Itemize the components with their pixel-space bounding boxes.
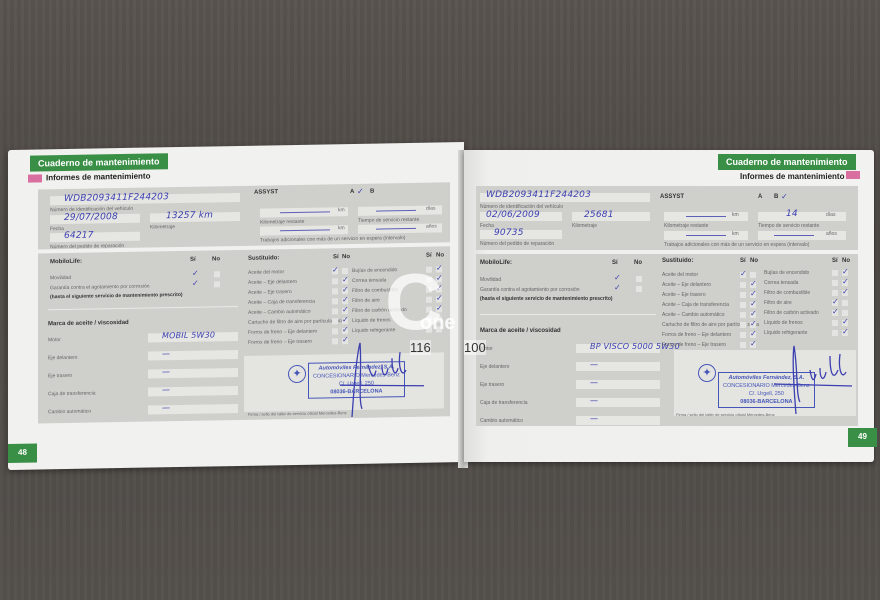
mobility-label: Movilidad (50, 275, 71, 281)
replaced-no-check: ✓ (750, 310, 757, 318)
replaced-si-box (832, 290, 838, 296)
service-time-label: Tiempo de servicio restante (758, 223, 819, 229)
date-label: Fecha (480, 223, 494, 229)
replaced-si-check: ✓ (832, 298, 839, 306)
replaced-title: Sustituido: (662, 258, 693, 264)
section-tab: Cuaderno de mantenimiento (718, 154, 856, 170)
replaced-title: Sustituido: (248, 255, 279, 262)
page-number: 49 (848, 428, 877, 447)
replaced-no-header-2: No (842, 258, 850, 264)
oil-row-field (576, 416, 660, 425)
order-label: Número del pedido de reparación (50, 243, 124, 250)
replaced-row-label: Aceite – Eje delantero (248, 279, 297, 286)
replaced-si-box (740, 332, 746, 338)
replaced-row-label: Aceite – Cambio automático (662, 312, 725, 318)
date-value: 02/06/2009 (486, 210, 540, 220)
replaced-row-label: Aceite – Eje trasero (248, 289, 292, 296)
oil-row-value: — (590, 360, 598, 369)
replaced-si-header-2: Sí (832, 258, 838, 264)
days-unit: días (426, 206, 435, 212)
oil-row-label: Cambio automático (48, 409, 91, 416)
replaced-row-label: Bujías de encendido (764, 270, 809, 276)
km-value: 13257 km (166, 210, 213, 221)
km2-unit: km (338, 225, 345, 231)
years-unit: años (826, 231, 837, 237)
assyst-title: ASSYST (254, 189, 278, 195)
replaced-row-label: Filtro de aire (352, 298, 380, 304)
assyst-a-check: ✓ (357, 188, 364, 196)
replaced-row-label: Correa tensada (764, 280, 798, 286)
replaced-si-box (740, 282, 746, 288)
signature (774, 340, 854, 420)
replaced-no-check: ✓ (750, 330, 757, 338)
replaced-no-check: ✓ (842, 278, 849, 286)
km-value: 25681 (584, 210, 614, 220)
years-dash (774, 235, 814, 236)
service-time-label: Tiempo de servicio restante (358, 217, 419, 224)
oil-row-field (576, 380, 660, 389)
watermark-left-number: 116 (410, 340, 431, 355)
replaced-si-box (332, 298, 338, 304)
replaced-no-check: ✓ (842, 268, 849, 276)
watermark-right-number: 100 (464, 340, 486, 355)
watermark-text: one (420, 312, 456, 335)
replaced-no-check: ✓ (342, 326, 349, 334)
replaced-no-header: No (750, 258, 758, 264)
replaced-no-check: ✓ (842, 328, 849, 336)
assyst-b-label: B (370, 189, 374, 195)
replaced-si-check: ✓ (332, 266, 339, 274)
oil-row-value: MOBIL 5W30 (162, 330, 215, 340)
replaced-row-label: Forros de freno – Eje trasero (248, 339, 312, 346)
replaced-si-header: Sí (740, 258, 746, 264)
replaced-no-check: ✓ (342, 316, 349, 324)
replaced-no-check: ✓ (342, 276, 349, 284)
replaced-si-box (332, 308, 338, 314)
replaced-no-check: ✓ (750, 340, 757, 348)
replaced-row-label: Aceite – Eje trasero (662, 292, 706, 298)
replaced-row-label: Aceite – Caja de transferencia (662, 302, 729, 308)
mobilolife-no-header: No (212, 256, 220, 262)
km-label: Kilometraje (150, 224, 175, 230)
replaced-no-check: ✓ (750, 290, 757, 298)
mobilolife-title: MobiloLife: (480, 260, 512, 266)
stamp-caption: Firma / sello del taller de servicio ofi… (676, 412, 775, 417)
km-unit: km (338, 207, 345, 213)
km2-dash (686, 235, 726, 236)
mobilolife-si-header: Sí (190, 257, 196, 263)
years-unit: años (426, 224, 437, 230)
replaced-no-check: ✓ (750, 320, 757, 328)
replaced-si-box (332, 318, 338, 324)
replaced-row-label: Filtro de combustible (764, 290, 810, 296)
order-value: 64217 (64, 231, 94, 242)
replaced-si-box (832, 280, 838, 286)
assyst-title: ASSYST (660, 194, 684, 200)
mobility-no-box (636, 276, 642, 282)
replaced-si-box (740, 342, 746, 348)
page-subtitle: Informes de mantenimiento (46, 172, 150, 183)
section-tab: Cuaderno de mantenimiento (30, 153, 168, 171)
replaced-si-box (832, 330, 838, 336)
assyst-a-label: A (758, 194, 762, 200)
mobilolife-no-header: No (634, 260, 642, 266)
corrosion-label: Garantía contra el agotamiento por corro… (480, 287, 580, 293)
replaced-si-box (832, 270, 838, 276)
replaced-si-box (740, 312, 746, 318)
replaced-no-box (342, 268, 348, 274)
oil-row-value: — (590, 414, 598, 423)
replaced-row-label: Forros de freno – Eje delantero (662, 332, 731, 338)
days-unit: días (826, 212, 835, 218)
remaining-km-label: Kilometraje restante (260, 219, 304, 226)
replaced-si-box (332, 328, 338, 334)
replaced-row-label: Aceite – Cambio automático (248, 309, 311, 316)
replaced-row-label: Forros de freno – Eje delantero (248, 329, 317, 336)
oil-title: Marca de aceite / viscosidad (480, 328, 561, 334)
replaced-row-label: Aceite – Eje delantero (662, 282, 711, 288)
replaced-no-check: ✓ (342, 306, 349, 314)
pink-marker (846, 171, 860, 179)
date-label: Fecha (50, 226, 64, 232)
replaced-si-box (332, 288, 338, 294)
days-value: 14 (786, 209, 798, 219)
replaced-no-check: ✓ (750, 280, 757, 288)
oil-row-field (576, 398, 660, 407)
replaced-no-check: ✓ (342, 296, 349, 304)
replaced-si-box (740, 302, 746, 308)
oil-row-value: — (590, 396, 598, 405)
replaced-row-label: Líquido de frenos (764, 320, 803, 326)
assyst-a-label: A (350, 189, 354, 195)
replaced-row-label: Filtro de carbón activado (764, 310, 819, 316)
oil-row-field (576, 362, 660, 371)
oil-row-label: Cambio automático (480, 418, 523, 424)
oil-row-value: — (590, 378, 598, 387)
mobility-si-check: ✓ (614, 274, 621, 282)
oil-row-label: Eje delantero (480, 364, 509, 370)
km-unit: km (732, 212, 739, 218)
right-page: Cuaderno de mantenimiento Informes de ma… (464, 150, 874, 462)
assyst-b-label: B (774, 194, 778, 200)
mercedes-star-icon: ✦ (698, 364, 716, 382)
mobility-label: Movilidad (480, 277, 501, 283)
replaced-no-box (842, 300, 848, 306)
oil-row-value: — (162, 349, 170, 358)
oil-row-label: Eje delantero (48, 355, 77, 362)
oil-row-label: Caja de transferencia (480, 400, 528, 406)
replaced-row-label: Aceite del motor (248, 269, 284, 276)
assyst-b-check: ✓ (781, 193, 788, 201)
oil-row-label: Motor (48, 337, 61, 343)
remaining-km-dash (686, 216, 726, 217)
corrosion-no-box (214, 281, 220, 287)
mobilolife-si-header: Sí (612, 260, 618, 266)
replaced-si-box (740, 322, 746, 328)
km2-unit: km (732, 231, 739, 237)
replaced-no-check: ✓ (842, 318, 849, 326)
mobilolife-note: (hasta el siguiente servicio de mantenim… (480, 296, 613, 302)
km-label: Kilometraje (572, 223, 597, 229)
date-value: 29/07/2008 (64, 212, 118, 223)
replaced-row-label: Filtro de aire (764, 300, 792, 306)
replaced-row-label: Aceite del motor (662, 272, 698, 278)
replaced-no-check: ✓ (750, 300, 757, 308)
replaced-si-box (740, 292, 746, 298)
oil-row-label: Eje trasero (480, 382, 504, 388)
oil-row-value: — (162, 403, 170, 412)
order-value: 90735 (494, 228, 524, 238)
mobility-si-check: ✓ (192, 270, 199, 278)
replaced-row-label: Líquido refrigerante (764, 330, 807, 336)
corrosion-si-check: ✓ (192, 280, 199, 288)
page-subtitle: Informes de mantenimiento (740, 172, 844, 181)
replaced-no-check: ✓ (842, 288, 849, 296)
page-number: 48 (8, 443, 37, 463)
oil-row-value: — (162, 385, 170, 394)
oil-row-label: Eje trasero (48, 373, 72, 379)
vin-value: WDB2093411F244203 (486, 190, 591, 200)
mobilolife-title: MobiloLife: (50, 259, 82, 266)
vin-value: WDB2093411F244203 (64, 192, 169, 204)
order-label: Número del pedido de reparación (480, 241, 554, 247)
oil-row-value: — (162, 367, 170, 376)
remaining-km-label: Kilometraje restante (664, 223, 708, 229)
replaced-row-label: Forros de freno – Eje trasero (662, 342, 726, 348)
replaced-no-box (842, 310, 848, 316)
replaced-row-label: Correa tensada (352, 277, 386, 284)
replaced-si-header: Sí (333, 254, 339, 260)
replaced-no-box (750, 272, 756, 278)
replaced-si-check: ✓ (740, 270, 747, 278)
replaced-row-label: Aceite – Caja de transferencia (248, 299, 315, 306)
replaced-si-box (332, 278, 338, 284)
oil-row-label: Caja de transferencia (48, 390, 96, 397)
divider (480, 314, 656, 315)
replaced-si-box (832, 320, 838, 326)
corrosion-no-box (636, 286, 642, 292)
corrosion-si-check: ✓ (614, 284, 621, 292)
pink-marker (28, 174, 42, 182)
replaced-si-check: ✓ (832, 308, 839, 316)
replaced-no-header: No (342, 254, 350, 260)
extra-work-label: Trabajos adicionales con más de un servi… (664, 242, 809, 248)
replaced-no-check: ✓ (342, 286, 349, 294)
mobility-no-box (214, 271, 220, 277)
